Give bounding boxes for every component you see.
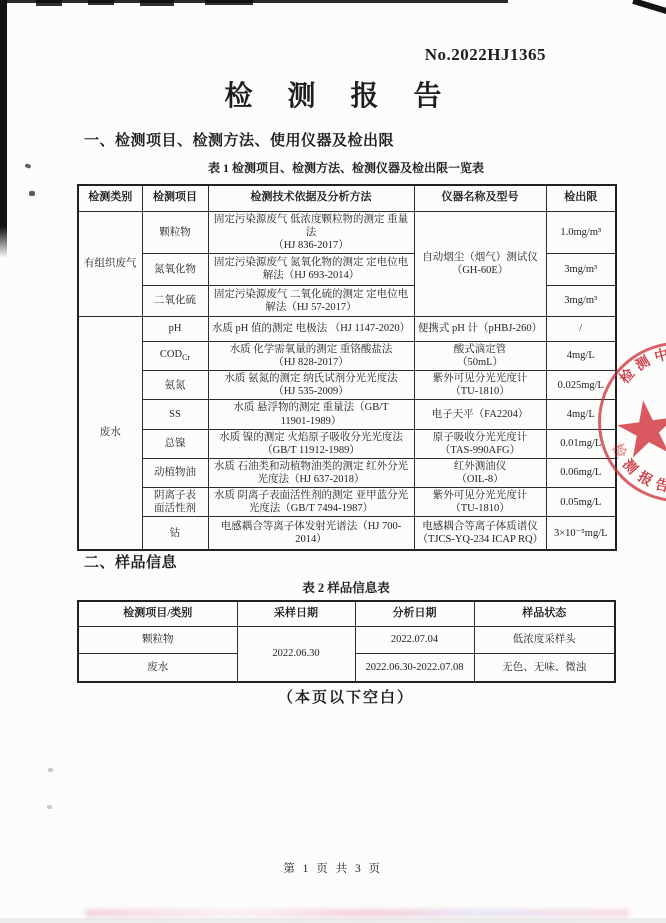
category-cell: 有组织废气 (78, 211, 142, 316)
method-cell: 固定污染源废气 低浓度颗粒物的测定 重量 法 （HJ 836-2017） (208, 211, 414, 253)
column-header: 检测类别 (78, 185, 142, 211)
method-cell: 水质 悬浮物的测定 重量法（GB/T 11901-1989） (208, 400, 414, 429)
report-number: No.2022HJ1365 (425, 45, 546, 65)
sample-info-table: 检测项目/类别 采样日期 分析日期 样品状态 颗粒物 2022.06.30 20… (77, 600, 616, 683)
table-row: 钴 电感耦合等离子体发射光谱法（HJ 700-2014） 电感耦合等离子体质谱仪… (78, 517, 616, 550)
method-cell: 电感耦合等离子体发射光谱法（HJ 700-2014） (208, 517, 414, 550)
method-cell: 水质 pH 值的测定 电极法 （HJ 1147-2020） (208, 316, 414, 341)
method-cell: 水质 氨氮的测定 纳氏试剂分光光度法 （HJ 535-2009） (208, 371, 414, 400)
method-cell: 固定污染源废气 氮氧化物的测定 定电位电 解法（HJ 693-2014） (208, 253, 414, 285)
scan-edge-left (0, 0, 7, 258)
column-header: 样品状态 (474, 601, 615, 626)
item-cell: 总镍 (142, 429, 208, 458)
column-header: 检测技术依据及分析方法 (208, 185, 414, 211)
scan-corner-mark (632, 0, 666, 15)
table-row: 总镍 水质 镍的测定 火焰原子吸收分光光度法 （GB/T 11912-1989）… (78, 429, 616, 458)
table-header-row: 检测项目/类别 采样日期 分析日期 样品状态 (78, 601, 615, 626)
test-items-table: 检测类别 检测项目 检测技术依据及分析方法 仪器名称及型号 检出限 有组织废气 … (77, 184, 617, 551)
instrument-cell: 酸式滴定管 （50mL） (414, 341, 546, 370)
item-cell: 颗粒物 (142, 211, 208, 253)
instrument-cell: 红外测油仪 （OIL-8） (414, 458, 546, 487)
item-cell: 氮氧化物 (142, 253, 208, 285)
scan-edge-blob (205, 0, 253, 5)
section1-heading: 一、检测项目、检测方法、使用仪器及检出限 (84, 129, 394, 150)
limit-cell: 3mg/m³ (546, 253, 616, 285)
table1-caption: 表 1 检测项目、检测方法、检测仪器及检出限一览表 (77, 159, 615, 176)
table-row: 氨氮 水质 氨氮的测定 纳氏试剂分光光度法 （HJ 535-2009） 紫外可见… (78, 371, 616, 400)
limit-cell: / (546, 316, 616, 341)
item-cell: 氨氮 (142, 371, 208, 400)
item-cell: SS (142, 400, 208, 429)
method-cell: 水质 阴离子表面活性剂的测定 亚甲蓝分光 光度法（GB/T 7494-1987） (208, 488, 414, 517)
scan-edge-blob (36, 0, 62, 6)
paper-speck (29, 191, 35, 196)
table-row: SS 水质 悬浮物的测定 重量法（GB/T 11901-1989） 电子天平（F… (78, 400, 616, 429)
blank-below-note: （本页以下空白） (77, 686, 615, 707)
limit-cell: 3×10⁻⁵mg/L (546, 517, 616, 550)
column-header: 检测项目 (142, 185, 208, 211)
limit-cell: 4mg/L (546, 341, 616, 370)
method-cell: 固定污染源废气 二氧化硫的测定 定电位电 解法（HJ 57-2017） (208, 285, 414, 316)
instrument-cell: 紫外可见分光光度计 （TU-1810） (414, 371, 546, 400)
scan-edge-bottom (0, 918, 666, 923)
item-cell: 动植物油 (142, 458, 208, 487)
instrument-cell: 便携式 pH 计（pHBJ-260） (414, 316, 546, 341)
status-cell: 无色、无味、微浊 (474, 653, 615, 682)
scanned-report-page: No.2022HJ1365 检 测 报 告 一、检测项目、检测方法、使用仪器及检… (0, 0, 666, 923)
table-row: 阴离子表 面活性剂 水质 阴离子表面活性剂的测定 亚甲蓝分光 光度法（GB/T … (78, 488, 616, 517)
column-header: 检测项目/类别 (78, 601, 237, 626)
category-cell: 废水 (78, 316, 142, 550)
instrument-cell: 紫外可见分光光度计 （TU-1810） (414, 488, 546, 517)
column-header: 检出限 (546, 185, 616, 211)
scan-edge-blob (140, 0, 174, 6)
item-cell: 废水 (78, 653, 237, 682)
paper-speck (47, 805, 52, 809)
item-cell: 二氧化硫 (142, 285, 208, 316)
method-cell: 水质 镍的测定 火焰原子吸收分光光度法 （GB/T 11912-1989） (208, 429, 414, 458)
status-cell: 低浓度采样头 (474, 626, 615, 653)
instrument-cell: 电感耦合等离子体质谱仪 （TJCS-YQ-234 ICAP RQ） (414, 517, 546, 550)
table-row: CODCr 水质 化学需氧量的测定 重铬酸盐法 （HJ 828-2017） 酸式… (78, 341, 616, 370)
item-cell: pH (142, 316, 208, 341)
table-header-row: 检测类别 检测项目 检测技术依据及分析方法 仪器名称及型号 检出限 (78, 185, 616, 211)
paper-speck (24, 163, 31, 169)
scan-edge-blob (88, 0, 114, 5)
ink-bleed-smudge (85, 909, 630, 917)
limit-cell: 0.05mg/L (546, 488, 616, 517)
method-cell: 水质 化学需氧量的测定 重铬酸盐法 （HJ 828-2017） (208, 341, 414, 370)
analysis-date-cell: 2022.06.30-2022.07.08 (355, 653, 474, 682)
method-cell: 水质 石油类和动植物油类的测定 红外分光 光度法（HJ 637-2018） (208, 458, 414, 487)
table-row: 动植物油 水质 石油类和动植物油类的测定 红外分光 光度法（HJ 637-201… (78, 458, 616, 487)
instrument-cell: 电子天平（FA2204） (414, 400, 546, 429)
column-header: 分析日期 (355, 601, 474, 626)
sampling-date-cell: 2022.06.30 (237, 626, 355, 682)
item-cell: CODCr (142, 341, 208, 370)
scan-edge-top (0, 0, 508, 3)
page-number: 第 1 页 共 3 页 (0, 860, 666, 876)
section2-heading: 二、样品信息 (84, 551, 177, 572)
column-header: 采样日期 (237, 601, 355, 626)
table-row: 有组织废气 颗粒物 固定污染源废气 低浓度颗粒物的测定 重量 法 （HJ 836… (78, 211, 616, 253)
limit-cell: 3mg/m³ (546, 285, 616, 316)
instrument-cell: 自动烟尘（烟气）测试仪 （GH-60E） (414, 211, 546, 316)
item-cell: 颗粒物 (78, 626, 237, 653)
table-row: 颗粒物 2022.06.30 2022.07.04 低浓度采样头 (78, 626, 615, 653)
limit-cell: 0.06mg/L (546, 458, 616, 487)
item-cell: 钴 (142, 517, 208, 550)
limit-cell: 1.0mg/m³ (546, 211, 616, 253)
paper-speck (48, 768, 53, 772)
column-header: 仪器名称及型号 (414, 185, 546, 211)
item-cell: 阴离子表 面活性剂 (142, 488, 208, 517)
analysis-date-cell: 2022.07.04 (355, 626, 474, 653)
instrument-cell: 原子吸收分光光度计 （TAS-990AFG） (414, 429, 546, 458)
report-title: 检 测 报 告 (0, 74, 666, 114)
table2-caption: 表 2 样品信息表 (77, 578, 615, 596)
table-row: 废水 pH 水质 pH 值的测定 电极法 （HJ 1147-2020） 便携式 … (78, 316, 616, 341)
